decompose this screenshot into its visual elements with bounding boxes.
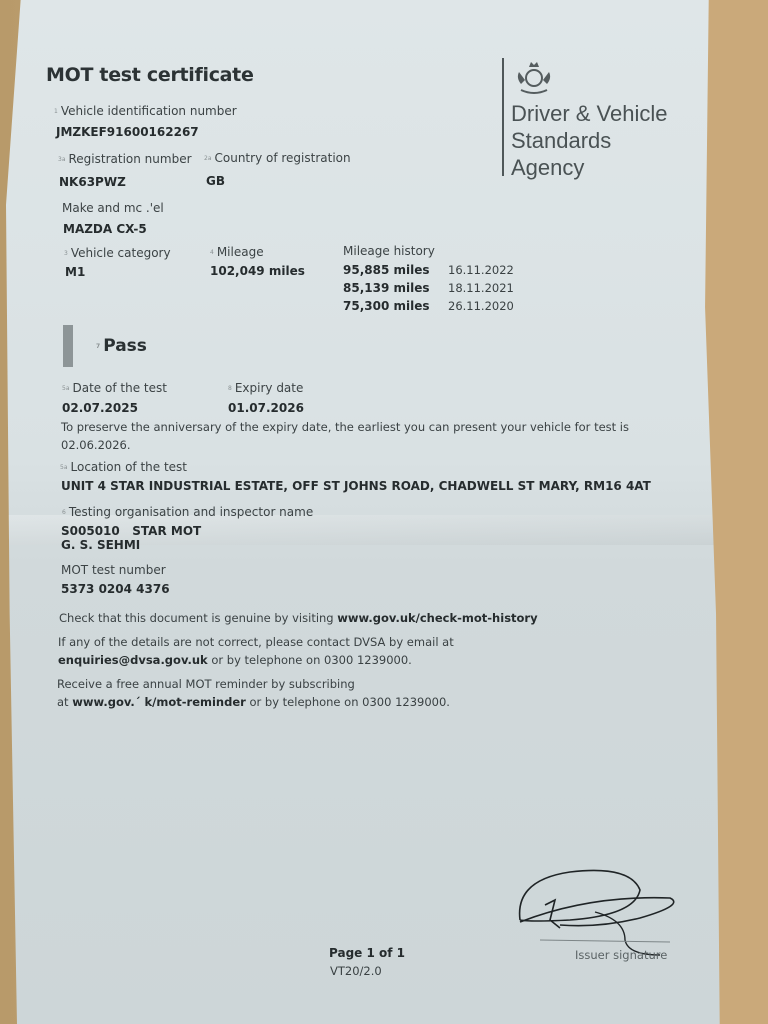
contact-phone-text: or by telephone on 0300 1239000. xyxy=(208,653,412,667)
field-number: 4 xyxy=(210,249,214,256)
registration-label: 3aRegistration number xyxy=(58,152,192,166)
anniversary-note: To preserve the anniversary of the expir… xyxy=(61,420,629,434)
agency-name: Driver & Vehicle Standards Agency xyxy=(511,100,668,181)
field-number: 7 xyxy=(96,343,100,350)
organisation-label: 6Testing organisation and inspector name xyxy=(62,505,313,519)
expiry-date-label: 8Expiry date xyxy=(228,381,303,395)
mileage-history-label: Mileage history xyxy=(343,244,435,258)
check-genuine-text: Check that this document is genuine by v… xyxy=(59,611,538,625)
check-text: Check that this document is genuine by v… xyxy=(59,611,337,625)
location-label-text: Location of the test xyxy=(71,460,188,474)
test-date-value: 02.07.2025 xyxy=(62,401,138,415)
inspector-name: G. S. SEHMI xyxy=(61,538,140,552)
contact-text-line2: enquiries@dvsa.gov.uk or by telephone on… xyxy=(58,653,412,667)
field-number: 5a xyxy=(60,464,68,471)
anniversary-date: 02.06.2026. xyxy=(61,438,131,452)
field-number: 8 xyxy=(228,385,232,392)
history-miles: 75,300 miles xyxy=(343,299,430,313)
test-number-label: MOT test number xyxy=(61,563,166,577)
organisation-value: S005010 STAR MOT xyxy=(61,524,201,538)
history-miles: 95,885 miles xyxy=(343,263,430,277)
field-number: 6 xyxy=(62,509,66,516)
expiry-date-value: 01.07.2026 xyxy=(228,401,304,415)
agency-line-1: Driver & Vehicle xyxy=(511,100,668,127)
history-miles: 85,139 miles xyxy=(343,281,430,295)
reminder-text-line1: Receive a free annual MOT reminder by su… xyxy=(57,677,355,691)
reminder-at: at xyxy=(57,695,72,709)
mileage-value: 102,049 miles xyxy=(210,264,305,278)
vin-value: JMZKEF91600162267 xyxy=(56,125,199,139)
result-bar xyxy=(63,325,73,367)
country-value: GB xyxy=(206,174,225,188)
field-number: 3 xyxy=(64,250,68,257)
country-label: 2aCountry of registration xyxy=(204,151,351,165)
make-model-label: Make and mc .'el xyxy=(62,201,164,215)
contact-text-line1: If any of the details are not correct, p… xyxy=(58,635,454,649)
country-label-text: Country of registration xyxy=(215,151,351,165)
page-number: Page 1 of 1 xyxy=(329,946,405,960)
make-model-value: MAZDA CX-5 xyxy=(63,222,147,236)
mot-reminder-link[interactable]: www.gov.´ k/mot-reminder xyxy=(72,695,246,709)
registration-value: NK63PWZ xyxy=(59,175,126,189)
registration-label-text: Registration number xyxy=(69,152,192,166)
issuer-signature-label: Issuer signature xyxy=(575,948,667,962)
field-number: 1 xyxy=(54,108,58,115)
check-mot-history-link[interactable]: www.gov.uk/check-mot-history xyxy=(337,611,537,625)
contact-email-link[interactable]: enquiries@dvsa.gov.uk xyxy=(58,653,208,667)
test-date-label: 5aDate of the test xyxy=(62,381,167,395)
history-date: 16.11.2022 xyxy=(448,263,514,277)
location-value: UNIT 4 STAR INDUSTRIAL ESTATE, OFF ST JO… xyxy=(61,479,651,493)
certificate-title: MOT test certificate xyxy=(46,64,254,86)
field-number: 2a xyxy=(204,155,212,162)
agency-line-2: Standards xyxy=(511,127,668,154)
expiry-date-label-text: Expiry date xyxy=(235,381,304,395)
field-number: 3a xyxy=(58,156,66,163)
history-date: 18.11.2021 xyxy=(448,281,514,295)
field-number: 5a xyxy=(62,385,70,392)
vin-label: 1Vehicle identification number xyxy=(54,104,237,118)
test-date-label-text: Date of the test xyxy=(73,381,167,395)
reminder-text-line2: at www.gov.´ k/mot-reminder or by teleph… xyxy=(57,695,450,709)
category-value: M1 xyxy=(65,265,85,279)
test-result: 7Pass xyxy=(96,336,147,356)
logo-divider xyxy=(502,58,504,176)
agency-line-3: Agency xyxy=(511,154,668,181)
mileage-label: 4Mileage xyxy=(210,245,264,259)
form-code: VT20/2.0 xyxy=(330,964,382,978)
test-number-value: 5373 0204 4376 xyxy=(61,582,170,596)
test-result-text: Pass xyxy=(103,336,147,356)
mileage-label-text: Mileage xyxy=(217,245,264,259)
history-date: 26.11.2020 xyxy=(448,299,514,313)
royal-coat-of-arms-icon xyxy=(513,58,555,96)
organisation-label-text: Testing organisation and inspector name xyxy=(69,505,313,519)
location-label: 5aLocation of the test xyxy=(60,460,187,474)
vin-label-text: Vehicle identification number xyxy=(61,104,237,118)
category-label: 3Vehicle category xyxy=(64,246,171,260)
category-label-text: Vehicle category xyxy=(71,246,171,260)
reminder-phone-text: or by telephone on 0300 1239000. xyxy=(246,695,450,709)
